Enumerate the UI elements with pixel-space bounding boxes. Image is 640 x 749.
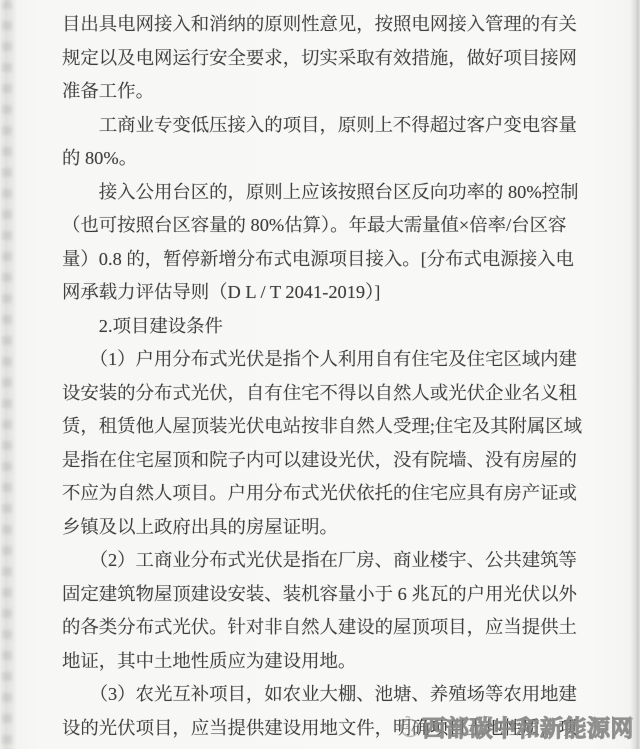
- document-line: 设的光伏项目，应当提供建设用地文件，明确项目土地性质，项: [62, 712, 580, 746]
- document-line: （2）工商业分布式光伏是指在厂房、商业楼宇、公共建筑等: [62, 544, 580, 578]
- document-line: 准备工作。: [62, 75, 580, 109]
- document-line: 2.项目建设条件: [62, 310, 580, 344]
- document-line: 接入公用台区的，原则上应该按照台区反向功率的 80%控制: [62, 176, 580, 210]
- document-line: 网承载力评估导则（D L / T 2041-2019）]: [62, 276, 580, 310]
- document-line: 乡镇及以上政府出具的房屋证明。: [62, 511, 580, 545]
- document-line: 工商业专变低压接入的项目，原则上不得超过客户变电容量: [62, 109, 580, 143]
- scanned-document-page: 目出具电网接入和消纳的原则性意见，按照电网接入管理的有关 规定以及电网运行安全要…: [0, 0, 640, 749]
- document-line: 设安装的分布式光伏，自有住宅不得以自然人或光伏企业名义租: [62, 377, 580, 411]
- document-line: 地证，其中土地性质应为建设用地。: [62, 645, 580, 679]
- document-line: 赁，租赁他人屋顶装光伏电站按非自然人受理;住宅及其附属区域: [62, 410, 580, 444]
- document-line: 固定建筑物屋顶建设安装、装机容量小于 6 兆瓦的户用光伏以外: [62, 578, 580, 612]
- document-line: 不应为自然人项目。户用分布式光伏依托的住宅应具有房产证或: [62, 477, 580, 511]
- document-line: 规定以及电网运行安全要求，切实采取有效措施，做好项目接网: [62, 42, 580, 76]
- document-line: 的 80%。: [62, 142, 580, 176]
- document-line: 是指在住宅屋顶和院子内可以建设光伏，没有院墙、没有房屋的: [62, 444, 580, 478]
- document-text: 目出具电网接入和消纳的原则性意见，按照电网接入管理的有关 规定以及电网运行安全要…: [0, 0, 640, 749]
- document-line: 目出具电网接入和消纳的原则性意见，按照电网接入管理的有关: [62, 8, 580, 42]
- document-line: （也可按照台区容量的 80%估算）。年最大需量值×倍率/台区容: [62, 209, 580, 243]
- document-line: 的各类分布式光伏。针对非自然人建设的屋顶项目，应当提供土: [62, 611, 580, 645]
- document-line: （1）户用分布式光伏是指个人利用自有住宅及住宅区域内建: [62, 343, 580, 377]
- document-line: （3）农光互补项目，如农业大棚、池塘、养殖场等农用地建: [62, 678, 580, 712]
- document-line: 量）0.8 的，暂停新增分布式电源项目接入。[分布式电源接入电: [62, 243, 580, 277]
